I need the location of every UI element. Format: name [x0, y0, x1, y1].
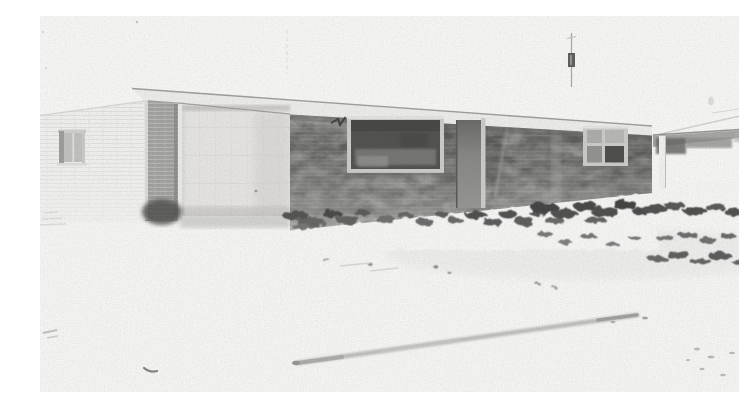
photo-canvas: [40, 16, 739, 392]
photo-winter-house: Overexposed black-and-white snapshot of …: [40, 16, 739, 392]
film-grain-overlay: [40, 16, 739, 392]
